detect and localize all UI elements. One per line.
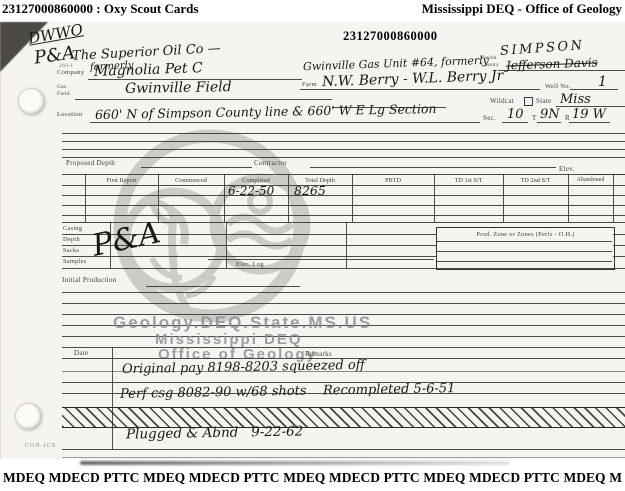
township-value: 9N — [540, 107, 560, 122]
elec-log-label: Elec. Log — [236, 261, 264, 268]
col-abandoned: Abandoned — [568, 177, 613, 183]
footer-token: MDEQ — [564, 470, 606, 486]
footer-token: PTTC — [244, 470, 280, 486]
range-value: 19 W — [572, 107, 606, 122]
company-label: Company — [57, 69, 84, 76]
page-header-right: Mississippi DEQ - Office of Geology — [422, 1, 622, 17]
farm-label: Farm — [302, 81, 317, 88]
prod-zone-label: Prod. Zone or Zones (Perfs - O.H.) — [437, 231, 614, 238]
prod-zone-box: Prod. Zone or Zones (Perfs - O.H.) — [436, 227, 615, 270]
scan-edge-smear — [80, 461, 510, 465]
date-label: Date — [74, 349, 88, 357]
remark-entry-3: Plugged & Abnd 9-22-62 — [126, 423, 304, 442]
well-no-value: 1 — [598, 74, 607, 90]
wildcat-checkbox — [524, 97, 533, 106]
footer-token: MDEQ — [423, 470, 465, 486]
footer-token: MDEQ — [283, 470, 325, 486]
watermark-url: Geology.DEQ.State.MS.US — [113, 313, 372, 333]
sacks-label: Sacks — [63, 247, 79, 254]
col-commenced: Commenced — [158, 177, 224, 184]
state-label: State — [536, 97, 552, 105]
proposed-depth-label: Proposed Depth — [66, 159, 115, 167]
total-depth-value: 8265 — [294, 183, 326, 198]
footer-token: PTTC — [384, 470, 420, 486]
scout-card-page: 23127000860000 : Oxy Scout Cards Mississ… — [0, 0, 625, 491]
col-completed: Completed — [224, 177, 288, 184]
punch-hole-top — [18, 88, 44, 114]
footer-token: MDECD — [469, 470, 520, 486]
initial-production-label: Initial Production — [62, 276, 117, 284]
sec-label: Sec. — [483, 114, 496, 122]
hatch-band — [62, 407, 625, 428]
field-label: Gas Field — [57, 84, 70, 97]
township-label: T — [532, 114, 537, 122]
sec-value: 10 — [507, 107, 524, 122]
samples-label: Samples — [63, 258, 86, 265]
col-td-1st: TD 1st S/T — [434, 177, 503, 184]
field-value: Gwinville Field — [125, 79, 232, 97]
footer-token: MDEQ — [143, 470, 185, 486]
footer-token: MDECD — [189, 470, 240, 486]
api-number: 23127000860000 — [343, 29, 438, 44]
casing-label: Casing — [63, 225, 82, 232]
punch-hole-bottom — [15, 403, 41, 429]
page-header-left: 23127000860000 : Oxy Scout Cards — [2, 1, 198, 17]
location-label: Location — [57, 111, 83, 118]
contractor-label: Contractor — [254, 159, 287, 167]
footer-token: MDECD — [49, 470, 100, 486]
footer-token: PTTC — [103, 470, 139, 486]
bottom-form-stamp: CON-ICS — [25, 443, 56, 449]
state-value: Miss — [560, 92, 591, 107]
elev-label: Elev. — [559, 165, 575, 173]
footer-token: MDEQ — [3, 470, 45, 486]
col-pbtd: PBTD — [352, 177, 434, 184]
footer-token: PTTC — [524, 470, 560, 486]
parish-county-label: Parish County — [481, 55, 499, 68]
completed-date-value: 6-22-50 — [228, 184, 274, 198]
well-no-label: Well No. — [545, 83, 571, 90]
wildcat-label: Wildcat — [490, 97, 514, 105]
footer-token: MDECD — [329, 470, 380, 486]
col-td-2nd: TD 2nd S/T — [503, 177, 568, 184]
depth-label: Depth — [63, 236, 80, 243]
col-first-report: First Report — [85, 177, 158, 184]
range-label: R — [565, 114, 570, 122]
footer-token: M — [609, 470, 622, 486]
remarks-label: Remarks — [305, 350, 332, 358]
footer-stamp-strip: MDEQMDECDPTTCMDEQMDECDPTTCMDEQMDECDPTTCM… — [0, 470, 625, 486]
